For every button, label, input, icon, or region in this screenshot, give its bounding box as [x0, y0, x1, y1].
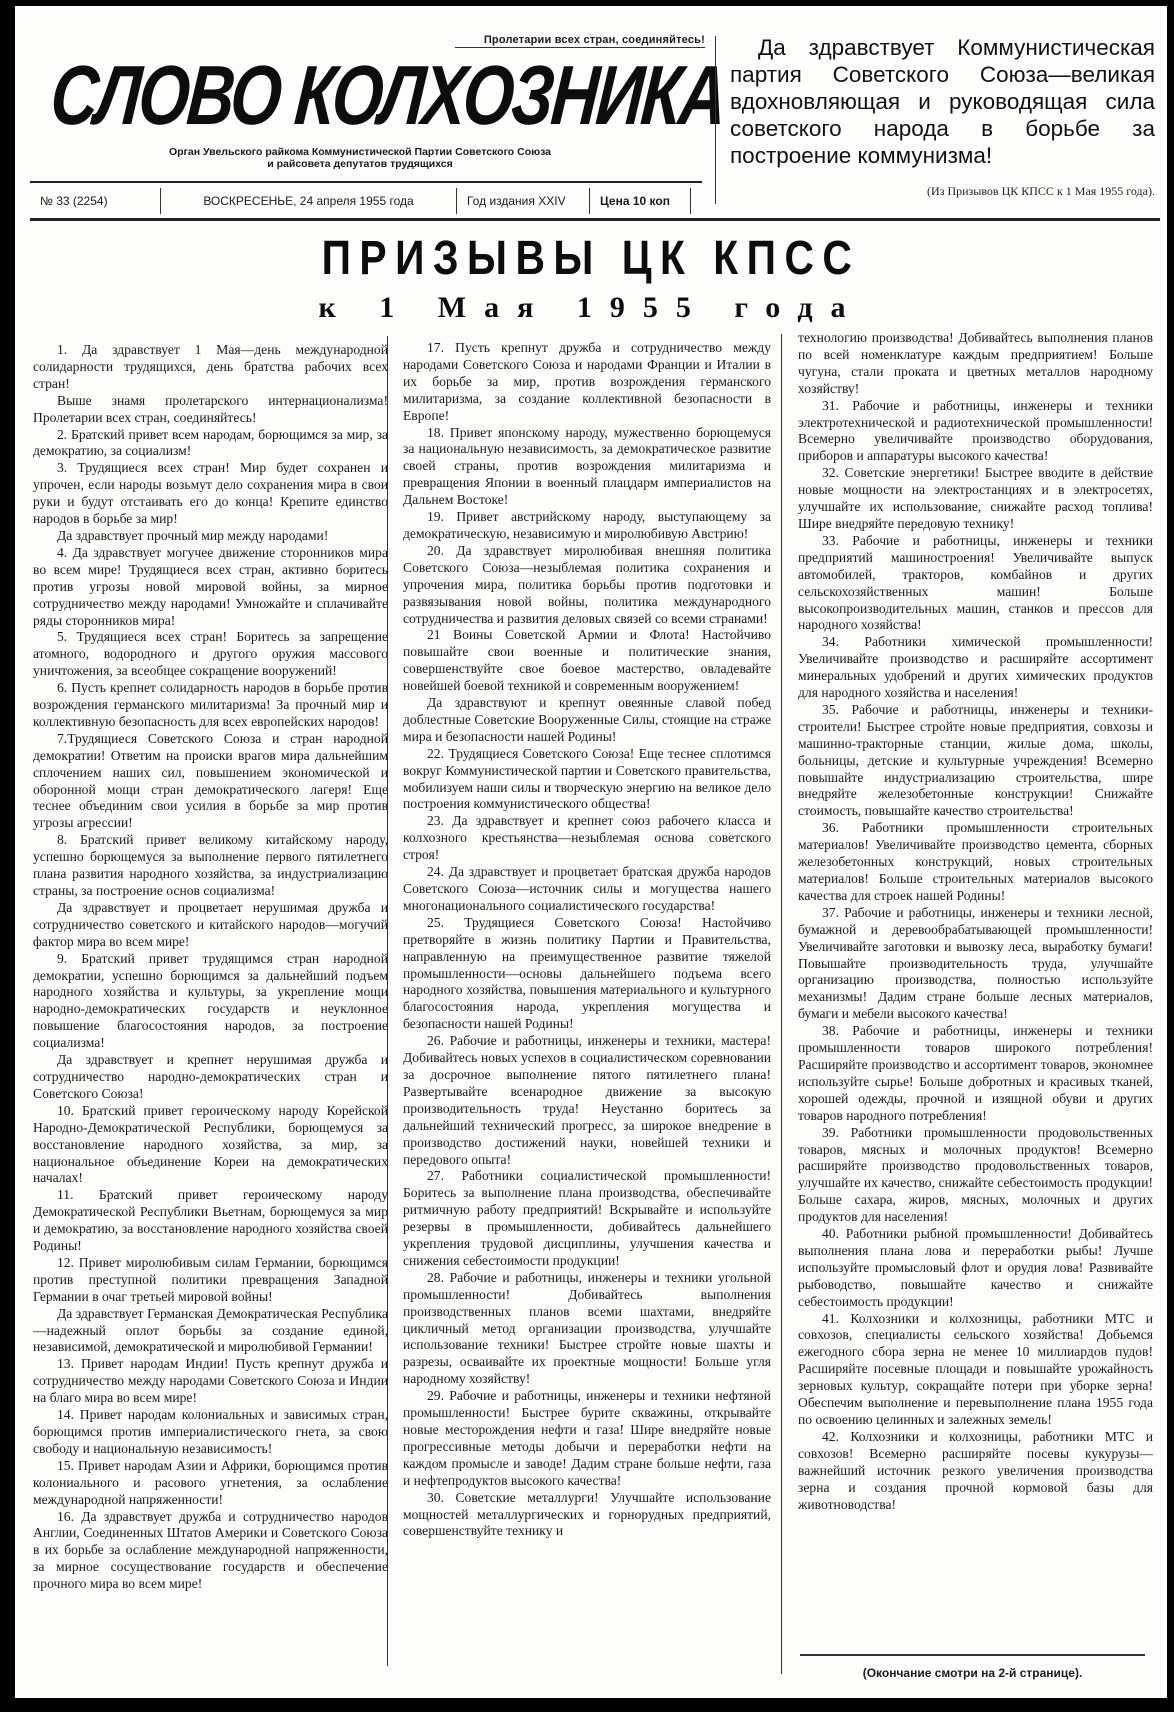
article-column-1: 1. Да здравствует 1 Мая—день международн… — [33, 342, 388, 1593]
appeal-paragraph: Да здравствуют и крепнут овеянные славой… — [403, 695, 771, 746]
appeal-paragraph: 18. Привет японскому народу, мужественно… — [403, 425, 771, 510]
appeal-paragraph: 7.Трудящиеся Советского Союза и стран на… — [33, 731, 388, 832]
slogan-source: (Из Призывов ЦК КПСС к 1 Мая 1955 года). — [775, 184, 1155, 199]
issue-date: ВОСКРЕСЕНЬЕ, 24 апреля 1955 года — [161, 188, 457, 214]
article-column-3: технологию производства! Добивайтесь вып… — [798, 330, 1153, 1513]
publication-year: Год издания XXIV — [457, 188, 590, 214]
newspaper-page: Пролетарии всех стран, соединяйтесь! СЛО… — [15, 6, 1167, 1698]
appeal-paragraph: 38. Рабочие и работницы, инженеры и техн… — [798, 1023, 1153, 1124]
appeal-paragraph: 6. Пусть крепнет солидарность народов в … — [33, 680, 388, 731]
organ-line-2: и райсовета депутатов трудящихся — [115, 158, 605, 170]
appeal-paragraph: 5. Трудящиеся всех стран! Боритесь за за… — [33, 629, 388, 680]
appeal-paragraph: 29. Рабочие и работницы, инженеры и техн… — [403, 1388, 771, 1489]
masthead-motto: Пролетарии всех стран, соединяйтесь! — [455, 34, 705, 48]
appeal-paragraph: 15. Привет народам Азии и Африки, борющи… — [33, 1458, 388, 1509]
appeal-paragraph: 39. Работники промышленности продовольст… — [798, 1125, 1153, 1226]
slogan-text: Да здравствует Коммунистическая партия С… — [730, 34, 1155, 169]
continuation-rule — [800, 1654, 1145, 1656]
appeal-paragraph: 1. Да здравствует 1 Мая—день международн… — [33, 342, 388, 393]
appeal-paragraph: 30. Советские металлурги! Улучшайте испо… — [403, 1490, 771, 1541]
appeal-paragraph: 11. Братский привет героическому народу … — [33, 1187, 388, 1255]
appeal-paragraph: 27. Работники социалистической промышлен… — [403, 1168, 771, 1269]
appeal-paragraph: 37. Рабочие и работницы, инженеры и техн… — [798, 905, 1153, 1023]
appeal-paragraph: 13. Привет народам Индии! Пусть крепнут … — [33, 1356, 388, 1407]
newspaper-title: СЛОВО КОЛХОЗНИКА — [48, 50, 570, 140]
appeal-paragraph: 3. Трудящиеся всех стран! Мир будет сохр… — [33, 460, 388, 528]
issue-price: Цена 10 коп — [590, 188, 691, 214]
appeal-paragraph: 17. Пусть крепнут дружба и сотрудничеств… — [403, 340, 771, 425]
appeal-paragraph: Да здравствует и процветает нерушимая др… — [33, 900, 388, 951]
appeal-paragraph: 22. Трудящиеся Советского Союза! Еще тес… — [403, 746, 771, 814]
continuation-note: (Окончание смотри на 2-й странице). — [800, 1666, 1145, 1680]
appeal-paragraph: 42. Колхозники и колхозницы, работники М… — [798, 1429, 1153, 1514]
masthead-divider — [715, 36, 716, 204]
appeal-paragraph: Да здравствует Германская Демократическа… — [33, 1306, 388, 1357]
appeal-paragraph: 19. Привет австрийскому народу, выступаю… — [403, 509, 771, 543]
appeal-paragraph: 9. Братский привет трудящимся стран наро… — [33, 951, 388, 1052]
article-column-2: 17. Пусть крепнут дружба и сотрудничеств… — [403, 340, 771, 1540]
appeal-paragraph: 8. Братский привет великому китайскому н… — [33, 832, 388, 900]
appeal-paragraph: 23. Да здравствует и крепнет союз рабоче… — [403, 813, 771, 864]
appeal-paragraph: 12. Привет миролюбивым силам Германии, б… — [33, 1255, 388, 1306]
appeal-paragraph: Да здравствует прочный мир между народам… — [33, 528, 388, 545]
appeal-paragraph: 35. Рабочие и работницы, инженеры и техн… — [798, 702, 1153, 820]
appeal-paragraph: 20. Да здравствует миролюбивая внешняя п… — [403, 543, 771, 628]
appeal-paragraph: 28. Рабочие и работницы, инженеры и техн… — [403, 1270, 771, 1388]
column-divider-2 — [781, 334, 782, 1674]
appeal-paragraph: 25. Трудящиеся Советского Союза! Настойч… — [403, 915, 771, 1033]
appeal-paragraph: 41. Колхозники и колхозницы, работники М… — [798, 1311, 1153, 1429]
masthead-organ: Орган Увельского райкома Коммунистическо… — [115, 146, 605, 170]
rule-above-infobar — [30, 181, 702, 183]
appeal-paragraph: Да здравствует и крепнет нерушимая дружб… — [33, 1052, 388, 1103]
appeal-paragraph: 10. Братский привет героическому народу … — [33, 1103, 388, 1188]
appeal-paragraph: 31. Рабочие и работницы, инженеры и техн… — [798, 398, 1153, 466]
sub-headline: к 1 Мая 1955 года — [15, 290, 1167, 326]
appeal-paragraph: 34. Работники химической промышленности!… — [798, 634, 1153, 702]
appeal-paragraph: 32. Советские энергетики! Быстрее вводит… — [798, 465, 1153, 533]
appeal-paragraph: Выше знамя пролетарского интернационализ… — [33, 393, 388, 427]
appeal-paragraph: 2. Братский привет всем народам, борющим… — [33, 427, 388, 461]
appeal-paragraph: 26. Рабочие и работницы, инженеры и техн… — [403, 1033, 771, 1168]
appeal-paragraph: 36. Работники промышленности строительны… — [798, 820, 1153, 905]
column-3-continuation: технологию производства! Добивайтесь вып… — [798, 330, 1153, 398]
appeal-paragraph: 33. Рабочие и работницы, инженеры и техн… — [798, 533, 1153, 634]
appeal-paragraph: 14. Привет народам колониальных и зависи… — [33, 1407, 388, 1458]
organ-line-1: Орган Увельского райкома Коммунистическо… — [115, 146, 605, 158]
appeal-paragraph: 21 Воины Советской Армии и Флота! Настой… — [403, 627, 771, 695]
issue-number: № 33 (2254) — [30, 188, 161, 214]
appeal-paragraph: 24. Да здравствует и процветает братская… — [403, 864, 771, 915]
appeal-paragraph: 40. Работники рыбной промышленности! Доб… — [798, 1226, 1153, 1311]
appeal-paragraph: 4. Да здравствует могучее движение сторо… — [33, 545, 388, 630]
appeal-paragraph: 16. Да здравствует дружба и сотрудничест… — [33, 1509, 388, 1594]
issue-info-bar: № 33 (2254) ВОСКРЕСЕНЬЕ, 24 апреля 1955 … — [30, 188, 702, 214]
rule-below-infobar — [30, 218, 1160, 221]
main-headline: ПРИЗЫВЫ ЦК КПСС — [101, 231, 1080, 287]
